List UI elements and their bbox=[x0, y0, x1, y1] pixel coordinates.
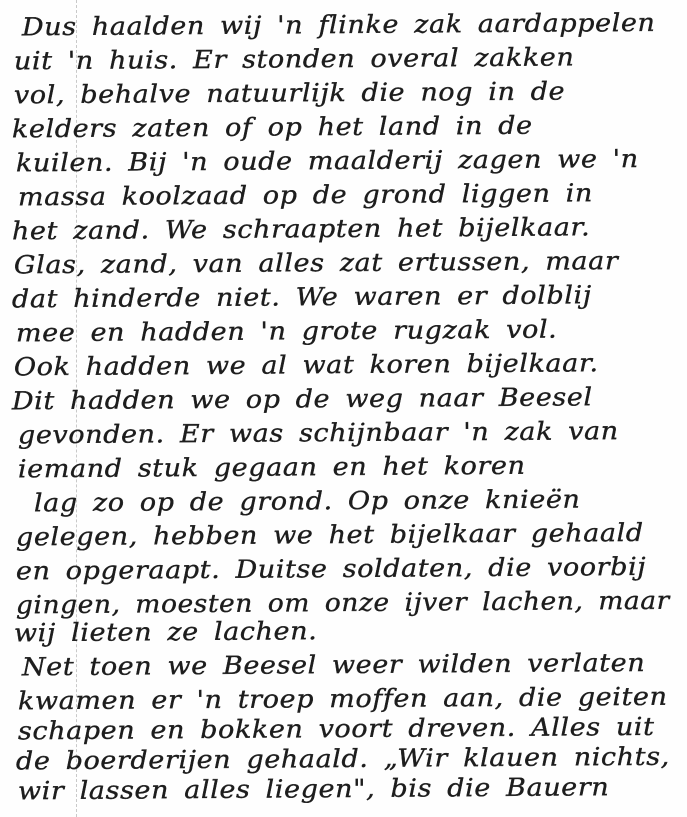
handwritten-page: Dus haalden wij 'n flinke zak aardappele… bbox=[0, 0, 687, 817]
text-line-19: wij lieten ze lachen. bbox=[14, 617, 318, 648]
text-line-16: gelegen, hebben we het bijelkaar gehaald bbox=[16, 519, 644, 552]
text-line-5: kuilen. Bij 'n oude maalderij zagen we '… bbox=[16, 145, 639, 178]
text-line-13: gevonden. Er was schijnbaar 'n zak van bbox=[18, 417, 619, 450]
text-line-2: uit 'n huis. Er stonden overal zakken bbox=[14, 43, 575, 75]
text-line-4: kelders zaten of op het land in de bbox=[12, 112, 533, 144]
text-line-23: de boerderijen gehaald. „Wir klauen nich… bbox=[16, 743, 670, 776]
text-line-7: het zand. We schraapten het bijelkaar. bbox=[12, 213, 590, 246]
text-line-14: iemand stuk gegaan en het koren bbox=[18, 452, 526, 484]
text-line-9: dat hinderde niet. We waren er dolblij bbox=[12, 281, 592, 314]
text-line-10: mee en hadden 'n grote rugzak vol. bbox=[16, 315, 558, 347]
text-line-22: schapen en bokken voort dreven. Alles ui… bbox=[18, 713, 655, 746]
text-line-17: en opgeraapt. Duitse soldaten, die voorb… bbox=[16, 553, 646, 586]
text-line-24: wir lassen alles liegen", bis die Bauern bbox=[18, 773, 610, 806]
text-line-21: kwamen er 'n troep moffen aan, die geite… bbox=[18, 683, 668, 716]
text-line-6: massa koolzaad op de grond liggen in bbox=[18, 179, 593, 212]
text-line-20: Net toen we Beesel weer wilden verlaten bbox=[22, 649, 645, 682]
text-line-15: lag zo op de grond. Op onze knieën bbox=[34, 485, 581, 517]
text-line-1: Dus haalden wij 'n flinke zak aardappele… bbox=[22, 9, 656, 42]
text-line-8: Glas, zand, van alles zat ertussen, maar bbox=[14, 247, 619, 280]
text-line-3: vol, behalve natuurlijk die nog in de bbox=[14, 77, 565, 109]
text-line-12: Dit hadden we op de weg naar Beesel bbox=[12, 383, 593, 416]
text-line-18: gingen, moesten om onze ijver lachen, ma… bbox=[16, 587, 670, 620]
text-line-11: Ook hadden we al wat koren bijelkaar. bbox=[14, 349, 599, 382]
